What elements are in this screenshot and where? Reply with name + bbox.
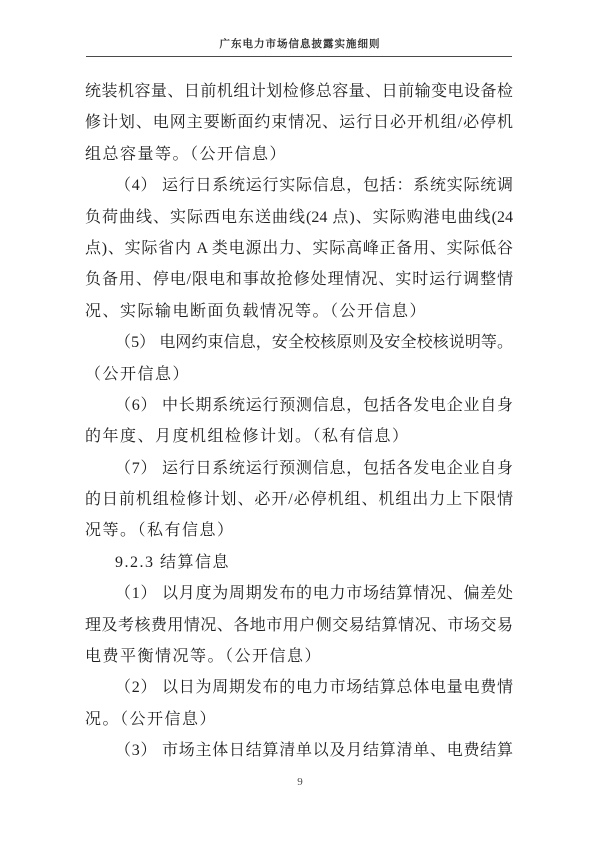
text-line: 负备用、停电/限电和事故抢修处理情况、实时运行调整情	[85, 264, 513, 295]
text-line: 电费平衡情况等。（公开信息）	[85, 641, 513, 672]
text-line: （6） 中长期系统运行预测信息，包括各发电企业自身	[85, 390, 513, 421]
text-line: 的日前机组检修计划、必开/必停机组、机组出力上下限情	[85, 484, 513, 515]
document-page: 广东电力市场信息披露实施细则 统装机容量、日前机组计划检修总容量、日前输变电设备…	[0, 0, 600, 848]
document-body: 统装机容量、日前机组计划检修总容量、日前输变电设备检修计划、电网主要断面约束情况…	[85, 76, 513, 767]
page-number: 9	[297, 776, 303, 788]
text-line: （1） 以月度为周期发布的电力市场结算情况、偏差处	[85, 578, 513, 609]
text-line: （3） 市场主体日结算清单以及月结算清单、电费结算	[85, 735, 513, 766]
text-line: 9.2.3 结算信息	[85, 547, 513, 578]
text-line: 负荷曲线、实际西电东送曲线(24 点)、实际购港电曲线(24	[85, 202, 513, 233]
header-rule	[86, 56, 512, 57]
text-line: 况等。（私有信息）	[85, 515, 513, 546]
header-title: 广东电力市场信息披露实施细则	[0, 36, 600, 51]
text-line: 理及考核费用情况、各地市用户侧交易结算情况、市场交易	[85, 610, 513, 641]
text-line: （4） 运行日系统运行实际信息，包括：系统实际统调	[85, 170, 513, 201]
text-line: 统装机容量、日前机组计划检修总容量、日前输变电设备检	[85, 76, 513, 107]
text-line: （5） 电网约束信息，安全校核原则及安全校核说明等。	[85, 327, 513, 358]
text-line: （公开信息）	[85, 359, 513, 390]
text-line: 组总容量等。（公开信息）	[85, 139, 513, 170]
text-line: 的年度、月度机组检修计划。（私有信息）	[85, 421, 513, 452]
text-line: 点)、实际省内 A 类电源出力、实际高峰正备用、实际低谷	[85, 233, 513, 264]
text-line: 况。（公开信息）	[85, 704, 513, 735]
text-line: （2） 以日为周期发布的电力市场结算总体电量电费情	[85, 672, 513, 703]
text-line: （7） 运行日系统运行预测信息，包括各发电企业自身	[85, 453, 513, 484]
text-line: 修计划、电网主要断面约束情况、运行日必开机组/必停机	[85, 107, 513, 138]
text-line: 况、实际输电断面负载情况等。（公开信息）	[85, 296, 513, 327]
page-footer: 9	[0, 772, 600, 790]
